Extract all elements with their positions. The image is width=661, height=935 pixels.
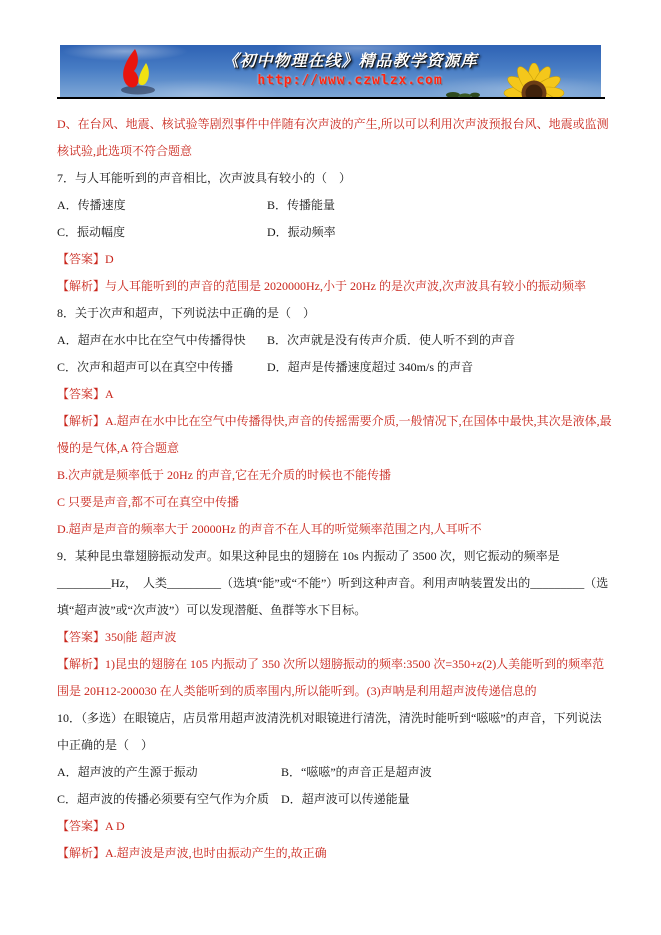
- q7-option-a: A．传播速度: [57, 192, 267, 219]
- q8-option-d: D．超声是传播速度超过 340m/s 的声音: [267, 354, 473, 381]
- plant-icon: [445, 85, 481, 97]
- q7-option-d: D．振动频率: [267, 219, 336, 246]
- q9-analysis: 【解析】1)昆虫的翅膀在 105 内振动了 350 次所以翅膀振动的频率:350…: [57, 651, 613, 705]
- q7-option-b: B．传播能量: [267, 192, 335, 219]
- banner-divider: [57, 97, 605, 99]
- question-9-blanks: _________Hz， 人类_________（选填“能”或“不能”）听到这种…: [57, 570, 613, 624]
- q10-options-ab: A．超声波的产生源于振动 B．“嗞嗞”的声音正是超声波: [57, 759, 613, 786]
- q10-options-cd: C．超声波的传播必须要有空气作为介质 D．超声波可以传递能量: [57, 786, 613, 813]
- q10-option-a: A．超声波的产生源于振动: [57, 759, 281, 786]
- q9-answer: 【答案】350|能 超声波: [57, 624, 613, 651]
- q8-options-ab: A．超声在水中比在空气中传播得快 B．次声就是没有传声介质．使人听不到的声音: [57, 327, 613, 354]
- q10-option-c: C．超声波的传播必须要有空气作为介质: [57, 786, 281, 813]
- q8-options-cd: C．次声和超声可以在真空中传播 D．超声是传播速度超过 340m/s 的声音: [57, 354, 613, 381]
- q10-option-d: D．超声波可以传递能量: [281, 786, 410, 813]
- worksheet-content: D、在台风、地震、核试验等剧烈事件中伴随有次声波的产生,所以可以利用次声波预报台…: [57, 111, 613, 867]
- q7-options-ab: A．传播速度 B．传播能量: [57, 192, 613, 219]
- banner-text-block: 《初中物理在线》精品教学资源库 http://www.czwlzx.com: [170, 48, 530, 88]
- q8-analysis-d: D.超声是声音的频率大于 20000Hz 的声音不在人耳的听觉频率范围之内,人耳…: [57, 516, 613, 543]
- q10-answer: 【答案】A D: [57, 813, 613, 840]
- question-10-stem: 10．（多选）在眼镜店，店员常用超声波清洗机对眼镜进行清洗，清洗时能听到“嗞嗞”…: [57, 705, 613, 759]
- q8-option-b: B．次声就是没有传声介质．使人听不到的声音: [267, 327, 515, 354]
- q10-option-b: B．“嗞嗞”的声音正是超声波: [281, 759, 432, 786]
- q6-analysis-d-note: D、在台风、地震、核试验等剧烈事件中伴随有次声波的产生,所以可以利用次声波预报台…: [57, 111, 613, 165]
- q8-answer: 【答案】A: [57, 381, 613, 408]
- document-page: 《初中物理在线》精品教学资源库 http://www.czwlzx.com: [0, 0, 661, 935]
- q8-option-a: A．超声在水中比在空气中传播得快: [57, 327, 267, 354]
- banner-title: 《初中物理在线》精品教学资源库: [170, 48, 530, 71]
- q8-analysis-a: 【解析】A.超声在水中比在空气中传播得快,声音的传摇需要介质,一般情况下,在国体…: [57, 408, 613, 462]
- question-9-stem: 9．某种昆虫靠翅膀振动发声。如果这种昆虫的翅膀在 10s 内振动了 3500 次…: [57, 543, 613, 570]
- flame-logo-icon: [112, 47, 164, 97]
- question-8-stem: 8．关于次声和超声，下列说法中正确的是（ ）: [57, 300, 613, 327]
- question-7-stem: 7．与人耳能听到的声音相比，次声波具有较小的（ ）: [57, 165, 613, 192]
- q8-option-c: C．次声和超声可以在真空中传播: [57, 354, 267, 381]
- q8-analysis-b: B.次声就是频率低于 20Hz 的声音,它在无介质的时候也不能传播: [57, 462, 613, 489]
- sunflower-icon: [492, 63, 576, 97]
- q8-analysis-c: C 只要是声音,都不可在真空中传播: [57, 489, 613, 516]
- q7-option-c: C．振动幅度: [57, 219, 267, 246]
- site-banner: 《初中物理在线》精品教学资源库 http://www.czwlzx.com: [60, 45, 601, 97]
- q7-answer: 【答案】D: [57, 246, 613, 273]
- q7-options-cd: C．振动幅度 D．振动频率: [57, 219, 613, 246]
- q10-analysis: 【解析】A.超声波是声波,也时由振动产生的,故正确: [57, 840, 613, 867]
- q7-analysis: 【解析】与人耳能听到的声音的范围是 2020000Hz,小于 20Hz 的是次声…: [57, 273, 613, 300]
